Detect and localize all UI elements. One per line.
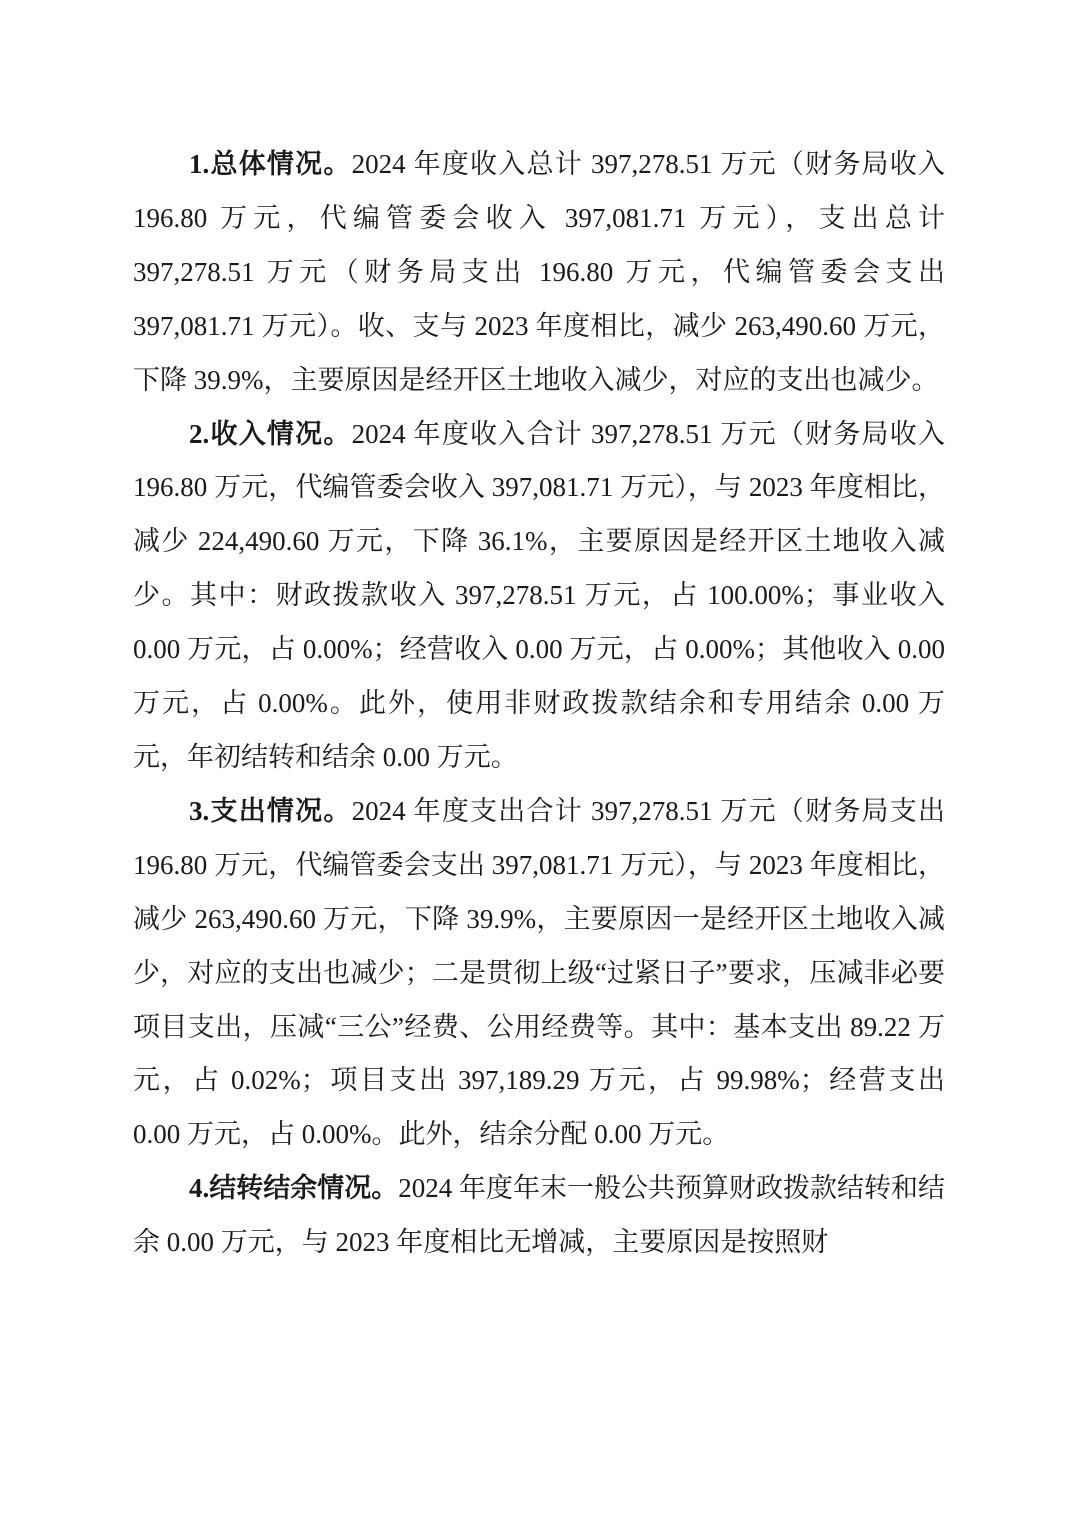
paragraph-overall: 1.总体情况。2024 年度收入总计 397,278.51 万元（财务局收入 1… bbox=[133, 138, 945, 408]
paragraph-expenditure: 3.支出情况。2024 年度支出合计 397,278.51 万元（财务局支出 1… bbox=[133, 785, 945, 1162]
paragraph-heading: 4.结转结余情况。 bbox=[189, 1173, 398, 1203]
paragraph-body: 2024 年度收入总计 397,278.51 万元（财务局收入 196.80 万… bbox=[133, 149, 945, 395]
paragraph-heading: 2.收入情况。 bbox=[189, 419, 352, 449]
paragraph-carryover: 4.结转结余情况。2024 年度年末一般公共预算财政拨款结转和结余 0.00 万… bbox=[133, 1162, 945, 1270]
paragraph-body: 2024 年度收入合计 397,278.51 万元（财务局收入 196.80 万… bbox=[133, 419, 945, 772]
document-page: 1.总体情况。2024 年度收入总计 397,278.51 万元（财务局收入 1… bbox=[133, 138, 945, 1270]
paragraph-heading: 3.支出情况。 bbox=[189, 796, 352, 826]
paragraph-income: 2.收入情况。2024 年度收入合计 397,278.51 万元（财务局收入 1… bbox=[133, 408, 945, 785]
paragraph-heading: 1.总体情况。 bbox=[189, 149, 352, 179]
paragraph-body: 2024 年度支出合计 397,278.51 万元（财务局支出 196.80 万… bbox=[133, 796, 945, 1149]
